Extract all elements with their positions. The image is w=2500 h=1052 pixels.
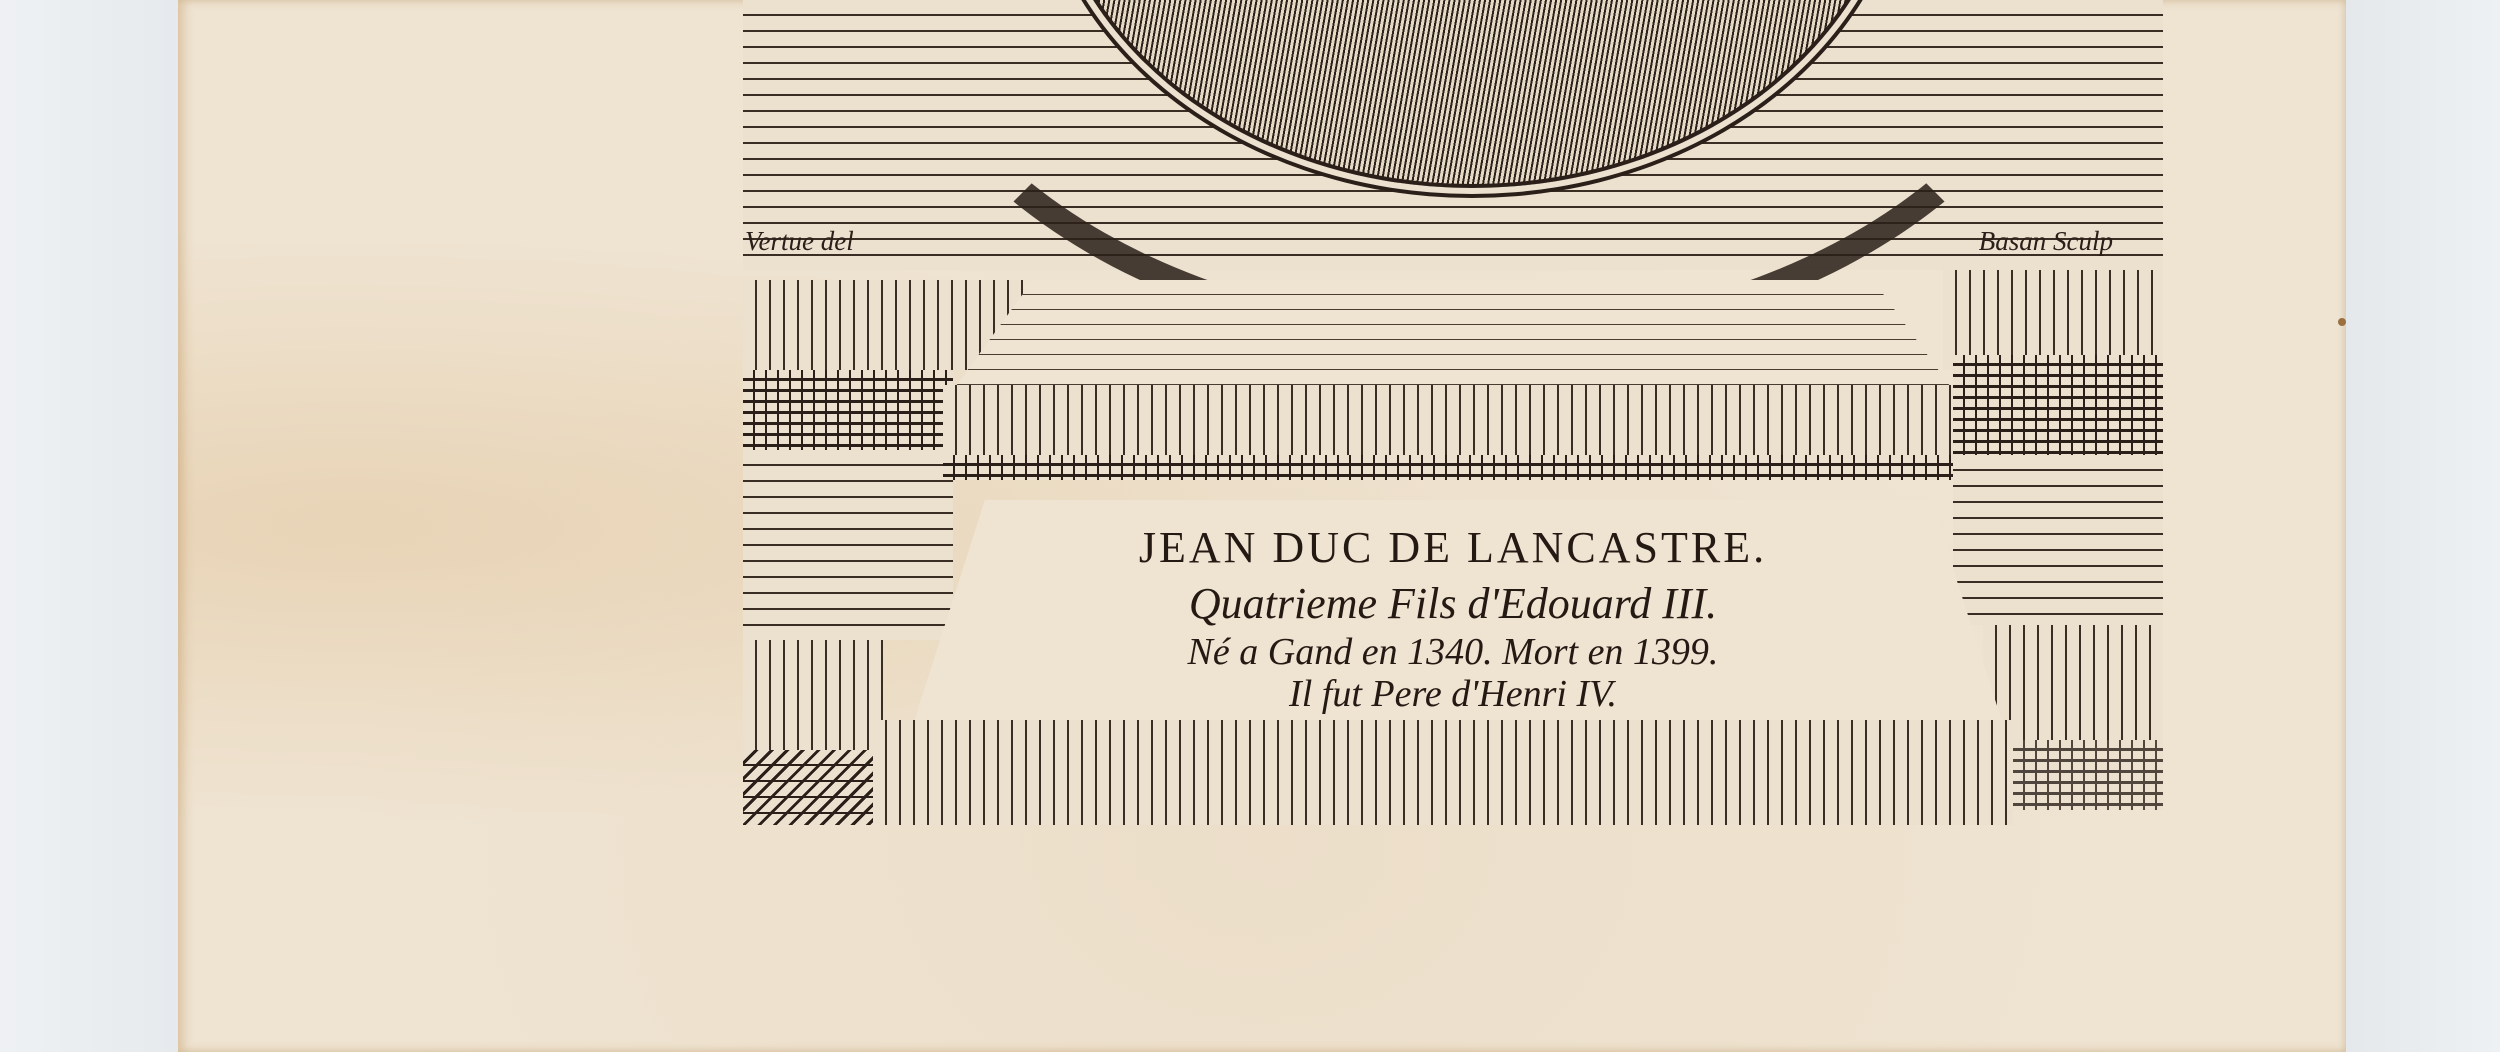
backdrop-left — [0, 0, 180, 1052]
base-hatching — [873, 720, 2013, 825]
paper-sheet: Vertue del Basan Sculp JEAN DUC DE LANCA… — [178, 0, 2346, 1052]
caption-title: JEAN DUC DE LANCASTRE. — [743, 522, 2163, 573]
pedestal-top — [953, 280, 1953, 390]
crosshatch-right-base — [2013, 740, 2163, 810]
caption-line-2: Né a Gand en 1340. Mort en 1399. — [743, 630, 2163, 674]
pedestal-shadow — [943, 455, 1953, 480]
engraving-plate: Vertue del Basan Sculp JEAN DUC DE LANCA… — [743, 0, 2163, 830]
crosshatch-left — [743, 370, 953, 450]
crosshatch-right — [1953, 355, 2163, 455]
artist-credit: Vertue del — [745, 226, 854, 257]
foxing-speck — [2338, 318, 2346, 326]
engraver-credit: Basan Sculp — [1979, 226, 2113, 257]
caption-line-1: Quatrieme Fils d'Edouard III. — [743, 578, 2163, 629]
backdrop-right — [2340, 0, 2500, 1052]
caption-line-3: Il fut Pere d'Henri IV. — [743, 672, 2163, 716]
diagonal-hatch-corner — [743, 750, 873, 825]
